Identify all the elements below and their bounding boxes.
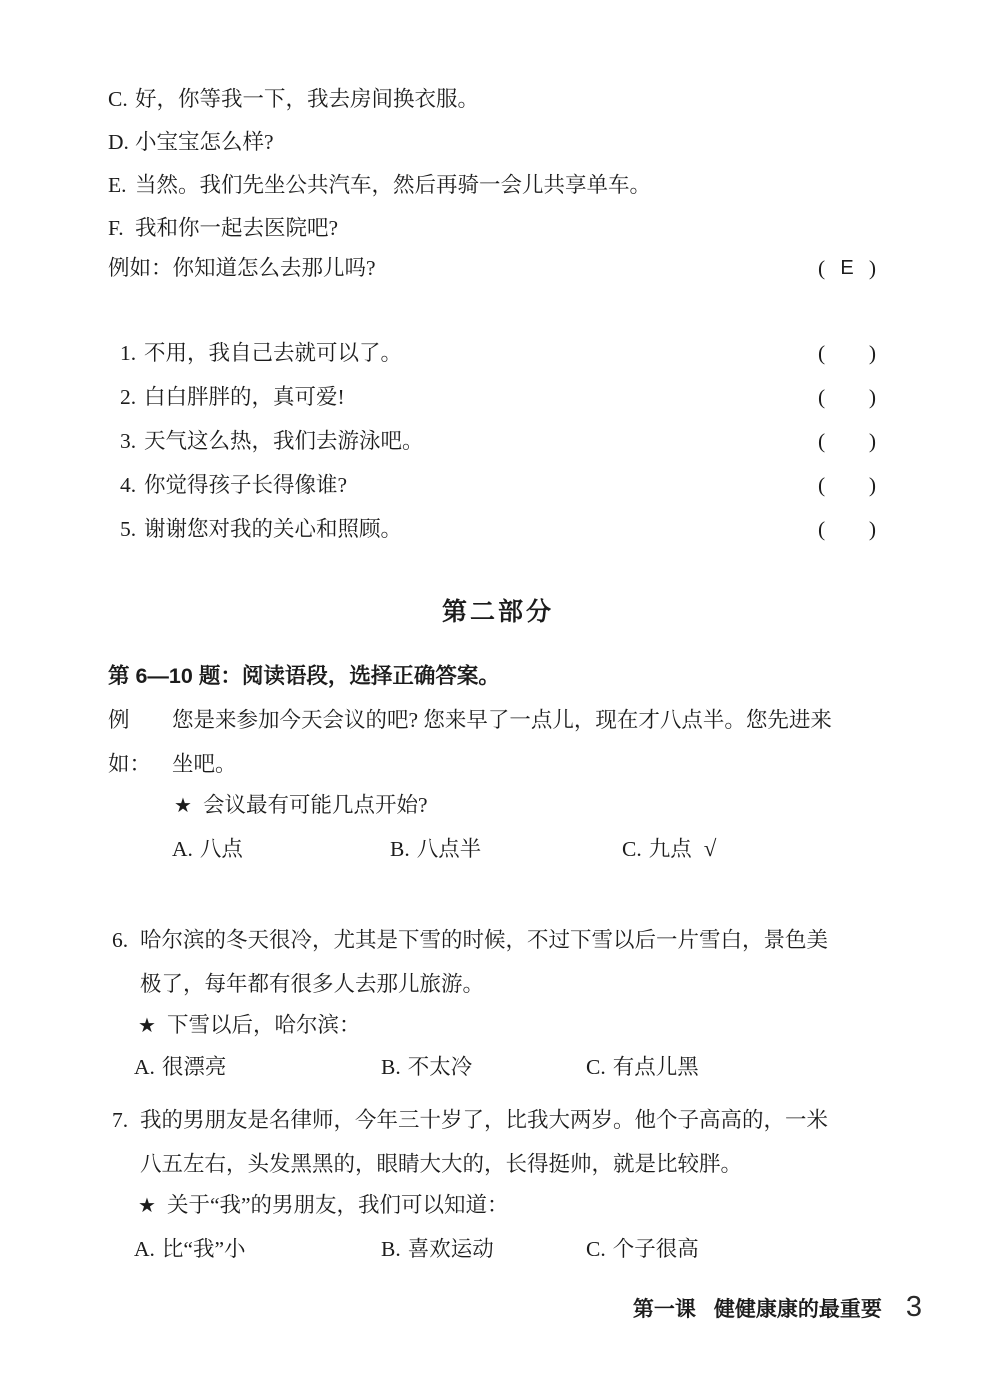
part1-example-row: 例如：你知道怎么去那儿吗? ( E ) (108, 257, 928, 279)
item-text: 白白胖胖的，真可爱! (144, 386, 345, 408)
option-text: 八点 (200, 837, 243, 861)
option-b: B.不太冷 (381, 1056, 472, 1078)
paren-close: ) (869, 342, 876, 364)
choice-text: 好，你等我一下，我去房间换衣服。 (135, 88, 479, 110)
choice-text: 我和你一起去医院吧? (135, 217, 338, 239)
item-text: 谢谢您对我的关心和照顾。 (144, 518, 402, 540)
paren-close: ) (869, 518, 876, 540)
part2-heading: 第二部分 (0, 597, 996, 627)
item-number: 3. (120, 430, 144, 452)
item-text: 天气这么热，我们去游泳吧。 (144, 430, 424, 452)
choice-letter: C. (108, 88, 135, 110)
choice-letter: D. (108, 131, 135, 153)
answer-box: ( ) (818, 430, 876, 452)
choice-text: 当然。我们先坐公共汽车，然后再骑一会儿共享单车。 (135, 174, 651, 196)
option-text: 喜欢运动 (408, 1237, 494, 1261)
paren-close: ) (869, 474, 876, 496)
choice-letter: E. (108, 174, 135, 196)
example-sentence: 例如：你知道怎么去那儿吗? (108, 256, 376, 280)
paren-open: ( (818, 342, 825, 364)
paren-open: ( (818, 518, 825, 540)
paren-open: ( (818, 257, 825, 279)
item-row-4: 4. 你觉得孩子长得像谁? ( ) (120, 474, 930, 496)
correct-checkmark: √ (704, 836, 717, 861)
option-letter: C. (586, 1055, 606, 1079)
item-number: 5. (120, 518, 144, 540)
option-text: 九点 (649, 837, 692, 861)
answer-box: ( ) (818, 474, 876, 496)
paren-open: ( (818, 386, 825, 408)
option-letter: C. (586, 1237, 606, 1261)
answer-box: ( ) (818, 342, 876, 364)
item-row-3: 3. 天气这么热，我们去游泳吧。 ( ) (120, 430, 930, 452)
paren-close: ) (869, 430, 876, 452)
question-7-options: A.比“我”小 B.喜欢运动 C.个子很高 (0, 1238, 996, 1262)
option-c: C.有点儿黑 (586, 1056, 699, 1078)
option-letter: A. (172, 837, 193, 861)
example-passage-text: 您是来参加今天会议的吧? 您来早了一点儿，现在才八点半。您先进来 坐吧。 (172, 698, 832, 786)
page-footer: 第一课 健健康康的最重要 3 (633, 1296, 922, 1321)
item-number: 2. (120, 386, 144, 408)
item-number: 1. (120, 342, 144, 364)
question-number: 6. (112, 918, 140, 1006)
option-a: A.比“我”小 (134, 1238, 246, 1260)
option-b: B.八点半 (390, 838, 481, 860)
lesson-title: 健健康康的最重要 (714, 1299, 882, 1321)
question-6-options: A.很漂亮 B.不太冷 C.有点儿黑 (0, 1056, 996, 1080)
paren-close: ) (869, 386, 876, 408)
choice-line-c: C. 好，你等我一下，我去房间换衣服。 (108, 88, 651, 110)
question-6-passage: 6. 哈尔滨的冬天很冷，尤其是下雪的时候，不过下雪以后一片雪白，景色美 极了，每… (112, 918, 828, 1006)
example-answer: E (840, 257, 853, 279)
part2-example-options: A.八点 B.八点半 C.九点√ (0, 838, 996, 862)
option-text: 很漂亮 (162, 1055, 227, 1079)
paren-open: ( (818, 430, 825, 452)
passage-text: 我的男朋友是名律师，今年三十岁了，比我大两岁。他个子高高的，一米 八五左右，头发… (140, 1098, 828, 1186)
option-letter: A. (134, 1055, 155, 1079)
answer-box: ( E ) (818, 257, 876, 279)
part2-example-question: ★会议最有可能几点开始? (174, 794, 427, 818)
option-letter: A. (134, 1237, 155, 1261)
question-7-passage: 7. 我的男朋友是名律师，今年三十岁了，比我大两岁。他个子高高的，一米 八五左右… (112, 1098, 828, 1186)
part2-example-passage: 例如： 您是来参加今天会议的吧? 您来早了一点儿，现在才八点半。您先进来 坐吧。 (108, 698, 832, 786)
worksheet-page: C. 好，你等我一下，我去房间换衣服。 D. 小宝宝怎么样? E. 当然。我们先… (0, 0, 996, 1400)
passage-text: 哈尔滨的冬天很冷，尤其是下雪的时候，不过下雪以后一片雪白，景色美 极了，每年都有… (140, 918, 828, 1006)
item-number: 4. (120, 474, 144, 496)
part2-instruction: 第 6—10 题：阅读语段，选择正确答案。 (108, 663, 500, 689)
example-label: 例如： (108, 698, 172, 786)
question-number: 7. (112, 1098, 140, 1186)
option-c: C.九点√ (622, 838, 716, 860)
item-row-2: 2. 白白胖胖的，真可爱! ( ) (120, 386, 930, 408)
option-text: 比“我”小 (162, 1237, 246, 1261)
page-number: 3 (906, 1296, 922, 1318)
option-letter: B. (390, 837, 410, 861)
option-c: C.个子很高 (586, 1238, 699, 1260)
choice-letter: F. (108, 217, 135, 239)
choice-line-f: F. 我和你一起去医院吧? (108, 217, 651, 239)
lesson-label: 第一课 (633, 1299, 696, 1321)
star-icon: ★ (138, 1195, 156, 1218)
item-text: 你觉得孩子长得像谁? (144, 474, 347, 496)
choice-text: 小宝宝怎么样? (135, 131, 274, 153)
paren-close: ) (869, 257, 876, 279)
question-text: 下雪以后，哈尔滨： (167, 1013, 361, 1037)
paren-open: ( (818, 474, 825, 496)
answer-box: ( ) (818, 518, 876, 540)
question-text: 会议最有可能几点开始? (203, 793, 428, 817)
choice-line-e: E. 当然。我们先坐公共汽车，然后再骑一会儿共享单车。 (108, 174, 651, 196)
option-text: 不太冷 (408, 1055, 473, 1079)
item-text: 不用，我自己去就可以了。 (144, 342, 402, 364)
option-b: B.喜欢运动 (381, 1238, 494, 1260)
question-6-prompt: ★下雪以后，哈尔滨： (138, 1014, 360, 1038)
option-letter: B. (381, 1055, 401, 1079)
option-a: A.八点 (172, 838, 243, 860)
choice-line-d: D. 小宝宝怎么样? (108, 131, 651, 153)
option-letter: C. (622, 837, 642, 861)
option-text: 八点半 (417, 837, 482, 861)
answer-box: ( ) (818, 386, 876, 408)
option-letter: B. (381, 1237, 401, 1261)
part1-choice-list: C. 好，你等我一下，我去房间换衣服。 D. 小宝宝怎么样? E. 当然。我们先… (108, 88, 651, 260)
part1-item-list: 1. 不用，我自己去就可以了。 ( ) 2. 白白胖胖的，真可爱! ( ) 3.… (120, 342, 930, 562)
option-text: 有点儿黑 (613, 1055, 699, 1079)
question-7-prompt: ★关于“我”的男朋友，我们可以知道： (138, 1194, 509, 1218)
item-row-1: 1. 不用，我自己去就可以了。 ( ) (120, 342, 930, 364)
star-icon: ★ (138, 1015, 156, 1038)
star-icon: ★ (174, 795, 192, 818)
option-text: 个子很高 (613, 1237, 699, 1261)
question-text: 关于“我”的男朋友，我们可以知道： (167, 1193, 509, 1217)
item-row-5: 5. 谢谢您对我的关心和照顾。 ( ) (120, 518, 930, 540)
option-a: A.很漂亮 (134, 1056, 226, 1078)
